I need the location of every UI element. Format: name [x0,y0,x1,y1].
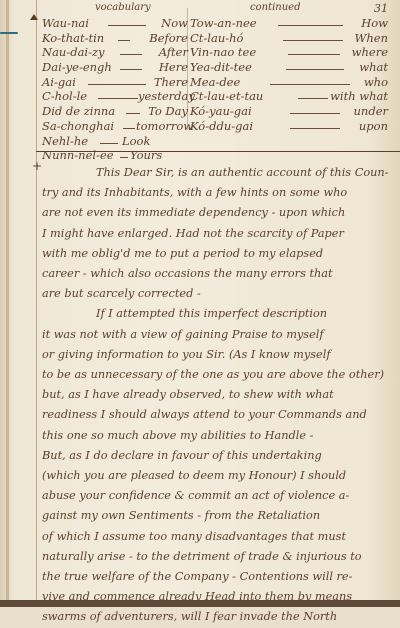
native-word: Tow-an-nee [190,16,257,30]
english-gloss: tomorrow [136,119,190,133]
vocab-row: Ko-that-tin Before Ct-lau-hó When [38,31,390,46]
native-word: Kó-ddu-gai [190,119,253,133]
english-gloss: where [352,45,388,59]
english-gloss: upon [359,119,388,133]
vocab-heading-left: vocabulary [95,2,151,13]
letter-line: This Dear Sir, is an authentic account o… [42,163,394,183]
native-word: Ct-lau-et-tau [190,89,263,103]
binding-thread [0,32,18,34]
letter-line: of which I assume too many disadvantages… [42,527,394,547]
vocab-row: Nau-dai-zy After Vin-nao tee where [38,45,390,60]
dash [98,98,138,99]
english-gloss: Before [148,31,188,45]
dash [108,25,146,26]
native-word: Ct-lau-hó [190,31,243,45]
native-word: Kó-yau-gai [190,104,252,118]
vocab-row: Did de zinna To Day Kó-yau-gai under [38,104,390,119]
native-word: Dai-ye-engh [42,60,112,74]
native-word: Nehl-he [42,134,88,148]
page-binding [6,0,9,607]
letter-line: but, as I have already observed, to shew… [42,385,394,405]
letter-line: But, as I do declare in favour of this u… [42,446,394,466]
vocabulary-table: Wau-nai Now Tow-an-nee How Ko-that-tin B… [38,16,390,163]
dash [88,84,146,85]
english-gloss: who [364,75,388,89]
letter-line: the true welfare of the Company - Conten… [42,567,394,587]
vocab-row: Ai-gai There Mea-dee who [38,75,390,90]
dash [100,143,118,144]
letter-line: gainst my own Sentiments - from the Reta… [42,506,394,526]
letter-line: to be as unnecessary of the one as you a… [42,365,394,385]
english-gloss: After [148,45,188,59]
letter-line: with me oblig'd me to put a period to my… [42,244,394,264]
native-word: Yea-dit-tee [190,60,252,74]
ink-blot-mark [30,14,38,20]
letter-line: it was not with a view of gaining Praise… [42,325,394,345]
page-number: 31 [374,2,388,15]
letter-line: If I attempted this imperfect descriptio… [42,304,394,324]
letter-line: are not even its immediate dependency - … [42,203,394,223]
native-word: Wau-nai [42,16,89,30]
english-gloss: what [359,60,388,74]
letter-body: This Dear Sir, is an authentic account o… [42,163,394,607]
native-word: Sa-chonghai [42,119,114,133]
english-gloss: There [148,75,188,89]
vocab-row: Wau-nai Now Tow-an-nee How [38,16,390,31]
margin-rule [36,0,37,607]
manuscript-page: 31 vocabulary continued Wau-nai Now Tow-… [0,0,400,607]
vocab-row: Sa-chonghai tomorrow Kó-ddu-gai upon [38,119,390,134]
letter-line: naturally arise - to the detriment of tr… [42,547,394,567]
native-word: Mea-dee [190,75,240,89]
english-gloss: To Day [148,104,188,118]
english-gloss: Look [122,134,150,148]
native-word: Ko-that-tin [42,31,104,45]
dash [120,157,128,158]
native-word: Did de zinna [42,104,115,118]
section-divider [36,151,400,152]
dash [283,40,343,41]
dash [120,54,142,55]
english-gloss: under [354,104,388,118]
vocab-row: Nehl-he Look [38,134,390,149]
letter-line: this one so much above my abilities to H… [42,426,394,446]
native-word: Vin-nao tee [190,45,256,59]
english-gloss: Here [148,60,188,74]
native-word: Nau-dai-zy [42,45,105,59]
dash [123,128,135,129]
dash [286,69,344,70]
dash [120,69,142,70]
dash [298,98,328,99]
page-bottom-edge [0,600,400,607]
native-word: C-hol-le [42,89,87,103]
english-gloss: How [361,16,388,30]
dash [126,113,140,114]
dash [118,40,130,41]
letter-line: I might have enlarged. Had not the scarc… [42,224,394,244]
dash [288,54,340,55]
letter-line: abuse your confidence & commit an act of… [42,486,394,506]
dash [278,25,343,26]
letter-line: readiness I should always attend to your… [42,405,394,425]
margin-cross-mark: + [32,159,42,173]
vocab-row: Dai-ye-engh Here Yea-dit-tee what [38,60,390,75]
native-word: Ai-gai [42,75,76,89]
letter-line: career - which also occasions the many e… [42,264,394,284]
dash [290,113,340,114]
letter-line: (which you are pleased to deem my Honour… [42,466,394,486]
letter-line: are but scarcely corrected - [42,284,394,304]
dash [290,128,340,129]
vocab-heading-right: continued [250,2,300,13]
dash [270,84,350,85]
vocab-row: C-hol-le yesterday Ct-lau-et-tau with wh… [38,89,390,104]
english-gloss: Now [148,16,188,30]
letter-line: try and its Inhabitants, with a few hint… [42,183,394,203]
letter-line: or giving information to you Sir. (As I … [42,345,394,365]
english-gloss: When [355,31,388,45]
english-gloss: with what [330,89,388,103]
english-gloss: yesterday [138,89,190,103]
